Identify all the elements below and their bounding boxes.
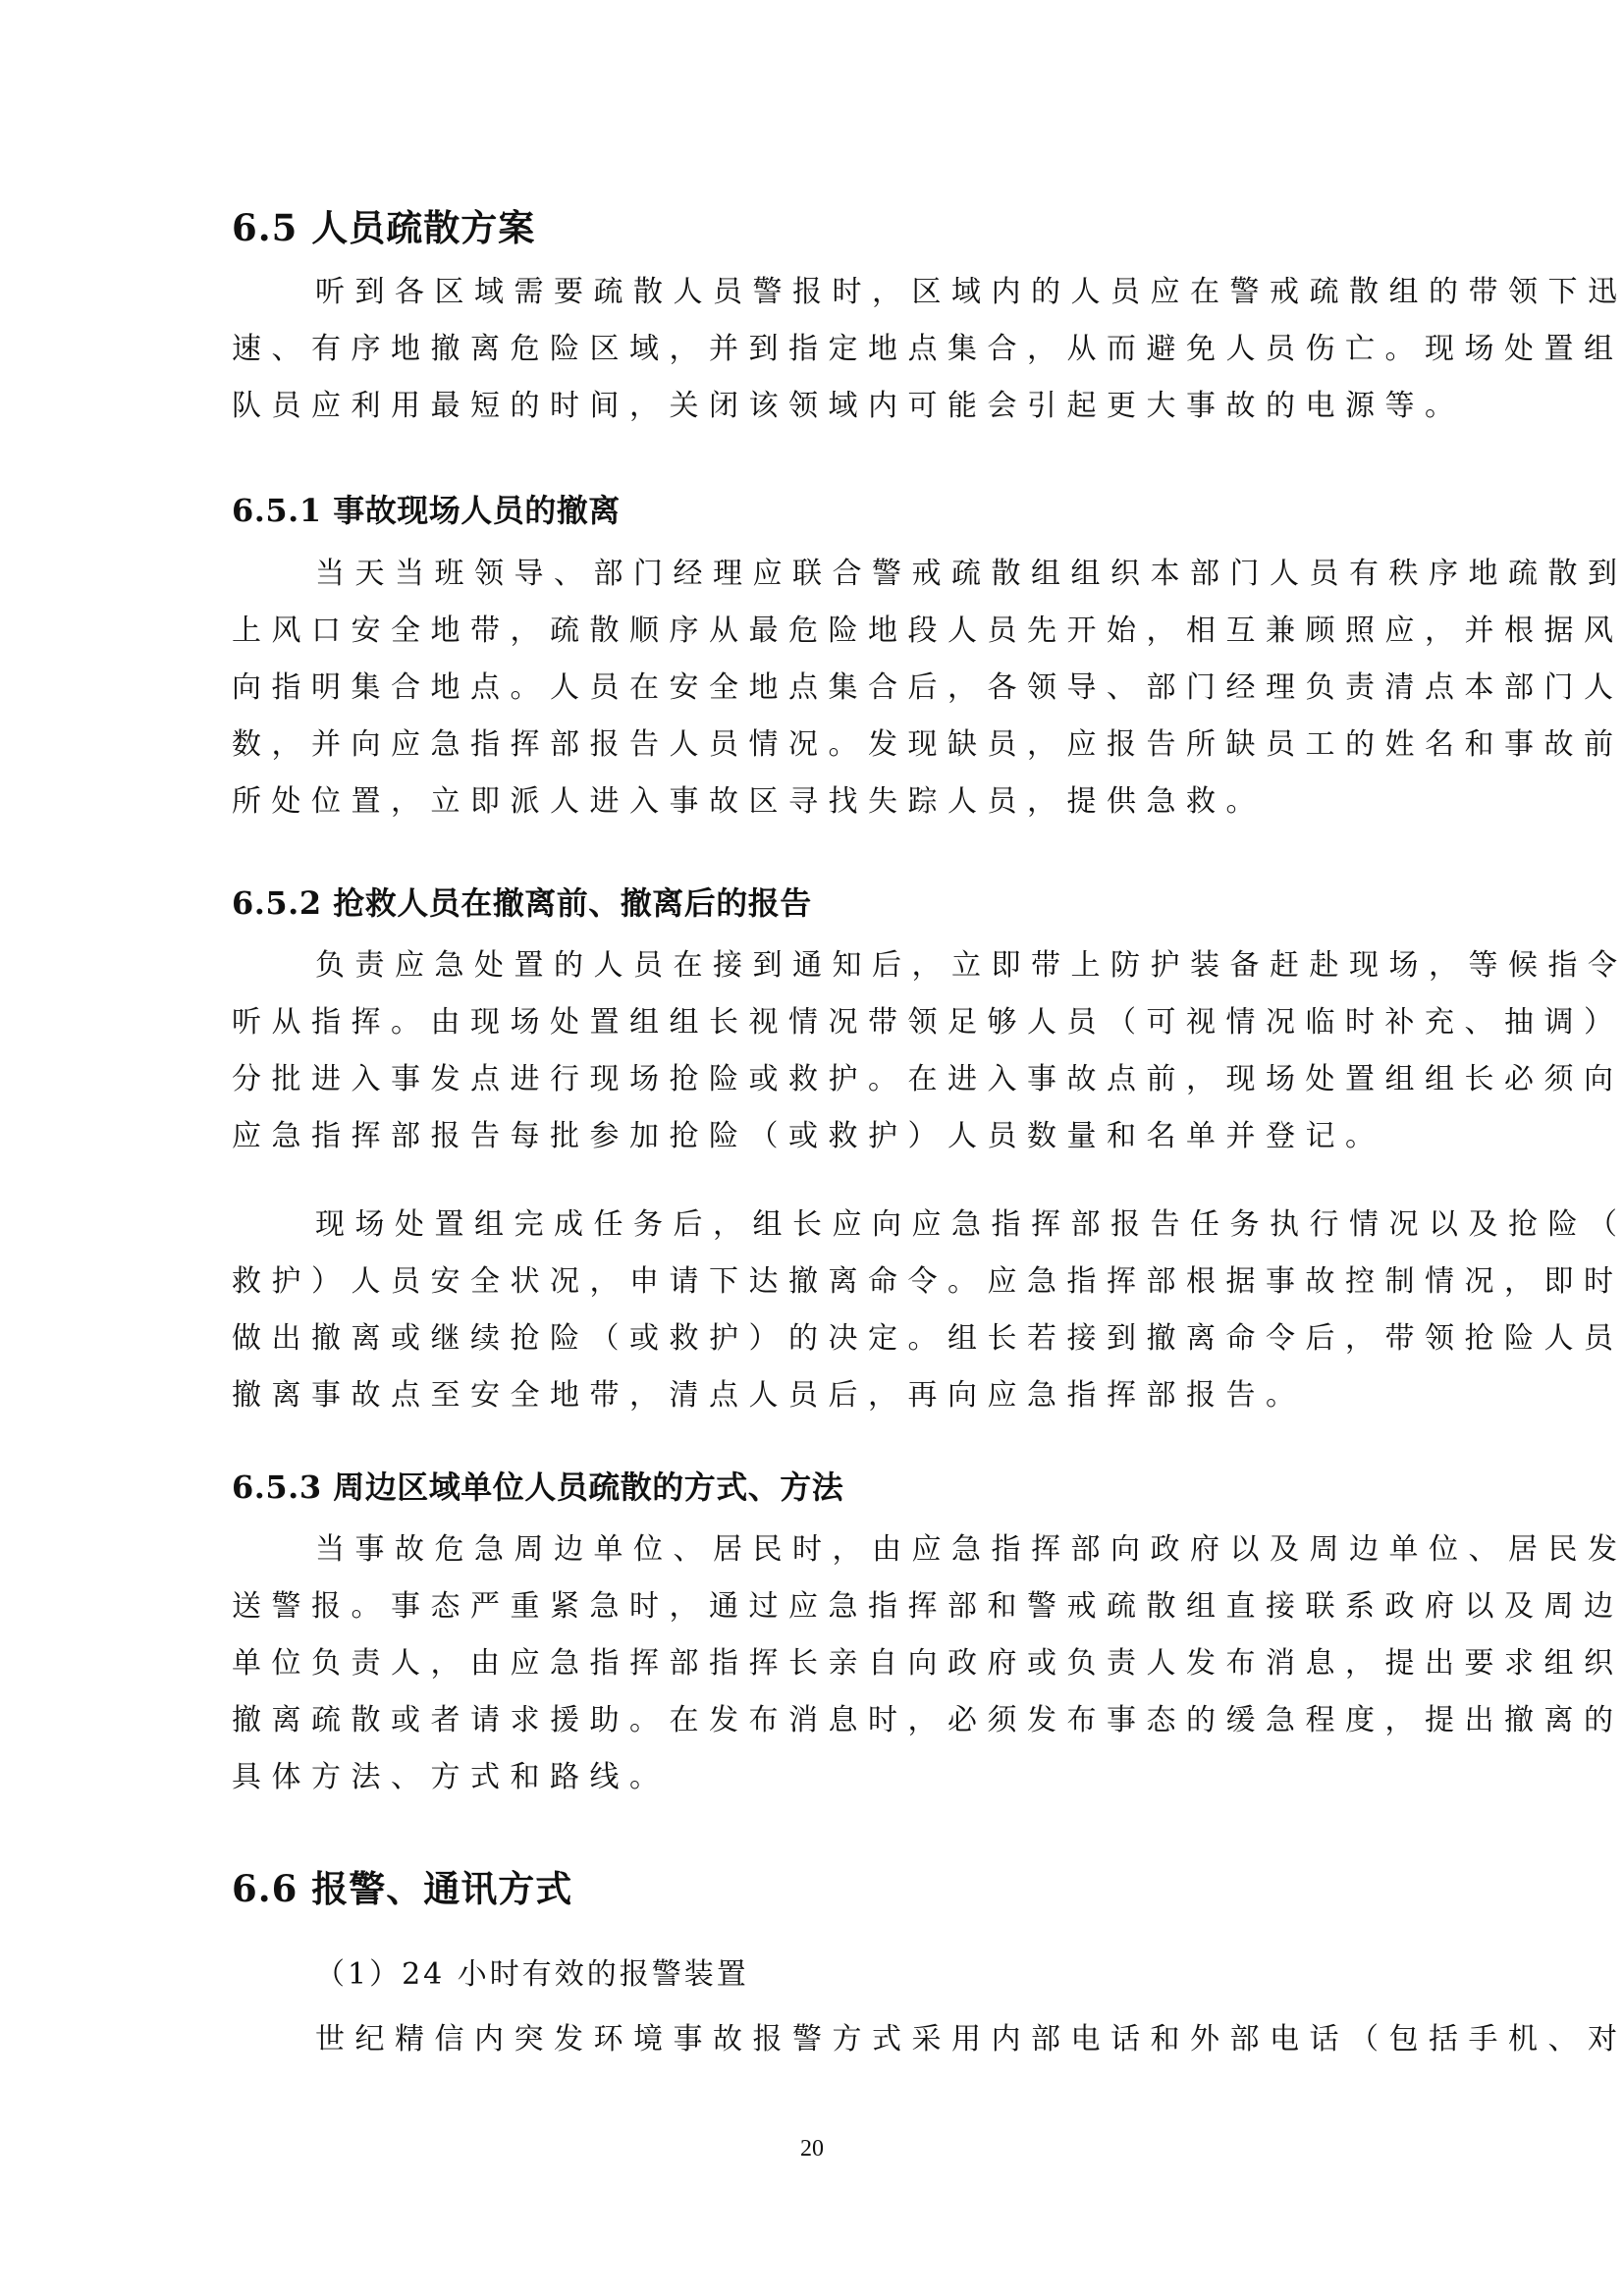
paragraph: 当事故危急周边单位、居民时，由应急指挥部向政府以及周边单位、居民发 送警报。事态…: [232, 1522, 1402, 1806]
text-line: 单位负责人，由应急指挥部指挥长亲自向政府或负责人发布消息，提出要求组织: [232, 1635, 1402, 1692]
text-line: 撤离事故点至安全地带，清点人员后，再向应急指挥部报告。: [232, 1367, 1402, 1424]
section-heading-6-5-3: 6.5.3 周边区域单位人员疏散的方式、方法: [232, 1468, 843, 1507]
text-line: 数，并向应急指挥部报告人员情况。发现缺员，应报告所缺员工的姓名和事故前: [232, 717, 1402, 774]
text-line: 所处位置，立即派人进入事故区寻找失踪人员，提供急救。: [232, 774, 1402, 830]
text-line: 世纪精信内突发环境事故报警方式采用内部电话和外部电话（包括手机、对: [315, 2020, 1624, 2059]
section-heading-6-5-1: 6.5.1 事故现场人员的撤离: [232, 491, 621, 530]
paragraph: 当天当班领导、部门经理应联合警戒疏散组组织本部门人员有秩序地疏散到 上风口安全地…: [232, 546, 1402, 830]
text-line: 救护）人员安全状况，申请下达撤离命令。应急指挥部根据事故控制情况，即时: [232, 1254, 1402, 1310]
text-line: 送警报。事态严重紧急时，通过应急指挥部和警戒疏散组直接联系政府以及周边: [232, 1578, 1402, 1635]
paragraph: 负责应急处置的人员在接到通知后，立即带上防护装备赶赴现场，等候指令， 听从指挥。…: [232, 937, 1402, 1165]
text-line: 听到各区域需要疏散人员警报时，区域内的人员应在警戒疏散组的带领下迅: [232, 264, 1402, 321]
paragraph: 听到各区域需要疏散人员警报时，区域内的人员应在警戒疏散组的带领下迅 速、有序地撤…: [232, 264, 1402, 435]
list-item: （1）24 小时有效的报警装置: [315, 1955, 749, 1995]
text-line: 听从指挥。由现场处置组组长视情况带领足够人员（可视情况临时补充、抽调）: [232, 994, 1402, 1051]
section-heading-6-6: 6.6 报警、通讯方式: [232, 1867, 572, 1910]
text-line: 上风口安全地带，疏散顺序从最危险地段人员先开始，相互兼顾照应，并根据风: [232, 603, 1402, 660]
text-line: 队员应利用最短的时间，关闭该领域内可能会引起更大事故的电源等。: [232, 378, 1402, 435]
text-line: 速、有序地撤离危险区域，并到指定地点集合，从而避免人员伤亡。现场处置组: [232, 321, 1402, 378]
section-heading-6-5-2: 6.5.2 抢救人员在撤离前、撤离后的报告: [232, 883, 812, 923]
text-line: 撤离疏散或者请求援助。在发布消息时，必须发布事态的缓急程度，提出撤离的: [232, 1692, 1402, 1749]
text-line: 现场处置组完成任务后，组长应向应急指挥部报告任务执行情况以及抢险（或: [232, 1197, 1402, 1254]
text-line: 负责应急处置的人员在接到通知后，立即带上防护装备赶赴现场，等候指令，: [232, 937, 1402, 994]
page-number: 20: [0, 2136, 1624, 2163]
text-line: 做出撤离或继续抢险（或救护）的决定。组长若接到撤离命令后，带领抢险人员: [232, 1310, 1402, 1367]
section-heading-6-5: 6.5 人员疏散方案: [232, 206, 535, 249]
text-line: 当天当班领导、部门经理应联合警戒疏散组组织本部门人员有秩序地疏散到: [232, 546, 1402, 603]
text-line: 分批进入事发点进行现场抢险或救护。在进入事故点前，现场处置组组长必须向: [232, 1051, 1402, 1108]
text-line: 具体方法、方式和路线。: [232, 1749, 1402, 1806]
text-line: 应急指挥部报告每批参加抢险（或救护）人员数量和名单并登记。: [232, 1108, 1402, 1165]
text-line: 向指明集合地点。人员在安全地点集合后，各领导、部门经理负责清点本部门人: [232, 660, 1402, 717]
paragraph: 现场处置组完成任务后，组长应向应急指挥部报告任务执行情况以及抢险（或 救护）人员…: [232, 1197, 1402, 1424]
text-line: 当事故危急周边单位、居民时，由应急指挥部向政府以及周边单位、居民发: [232, 1522, 1402, 1578]
